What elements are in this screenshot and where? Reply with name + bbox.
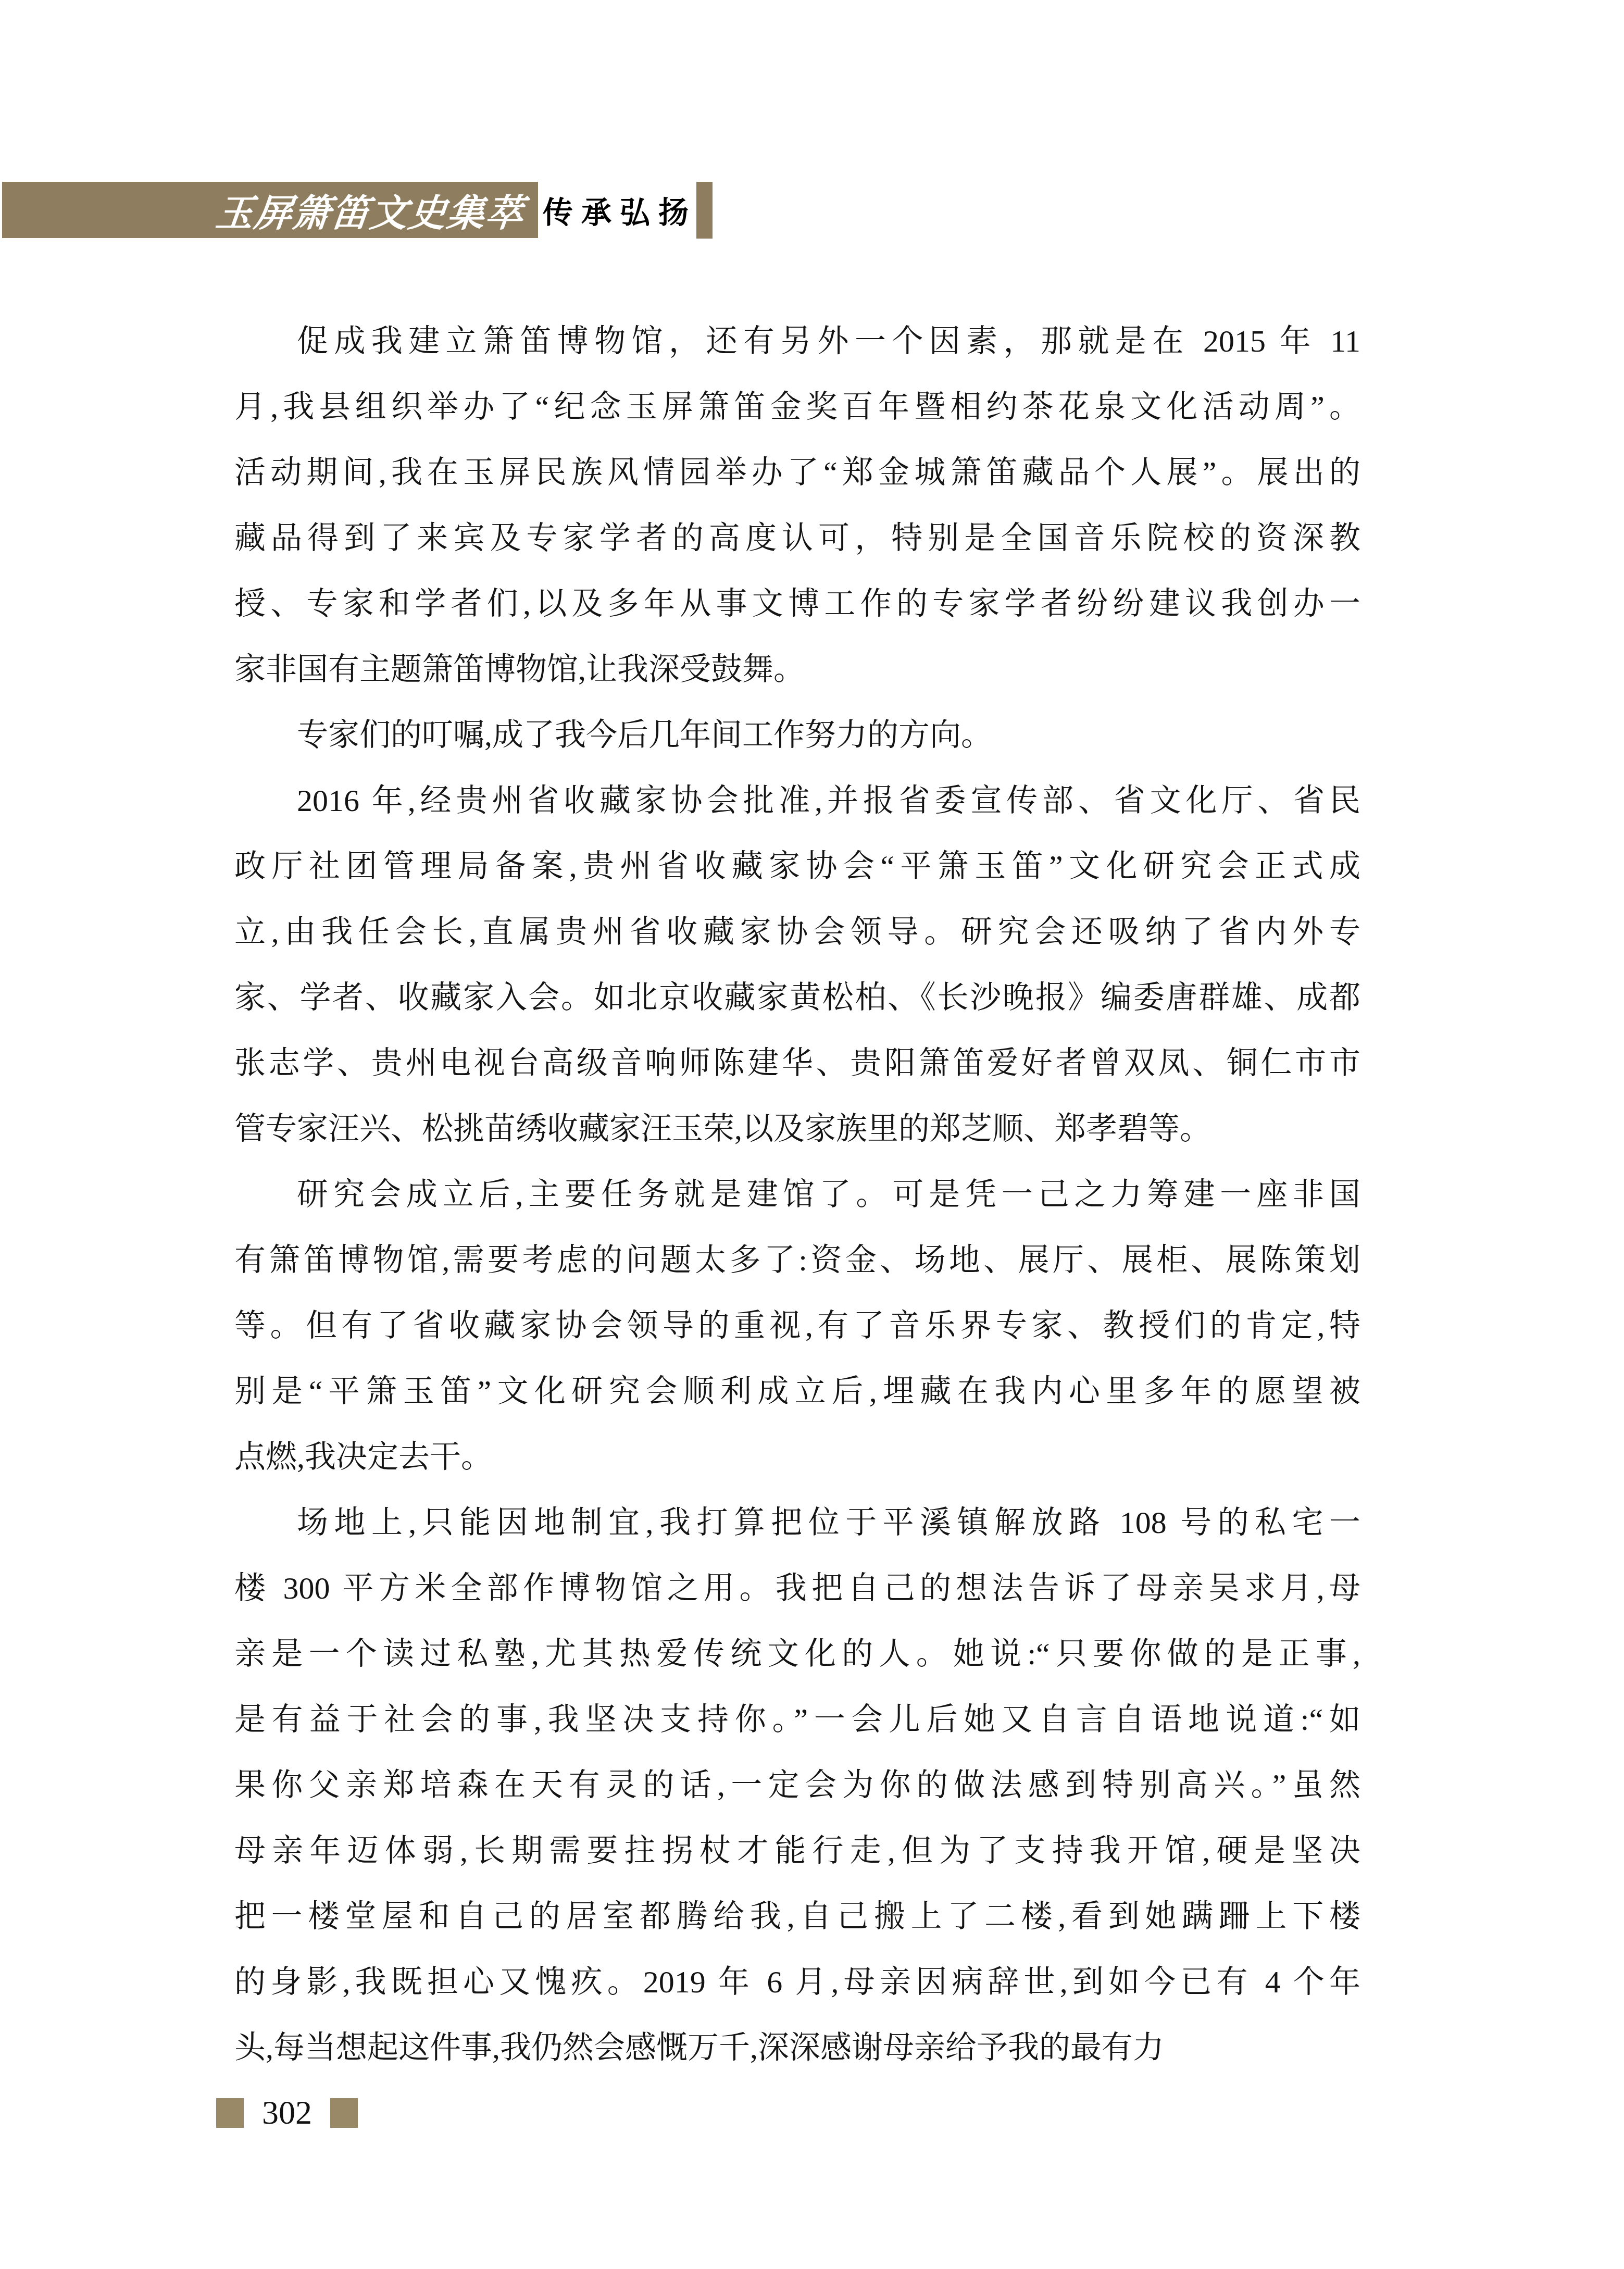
body-line: 有箫笛博物馆,需要考虑的问题太多了:资金、场地、展厅、展柜、展陈策划	[234, 1227, 1360, 1293]
body-line: 立,由我任会长,直属贵州省收藏家协会领导。研究会还吸纳了省内外专	[234, 899, 1360, 965]
body-line: 月,我县组织举办了“纪念玉屏箫笛金奖百年暨相约茶花泉文化活动周”。	[234, 374, 1360, 440]
body-line: 2016 年,经贵州省收藏家协会批准,并报省委宣传部、省文化厅、省民	[234, 768, 1360, 833]
body-line: 等。但有了省收藏家协会领导的重视,有了音乐界专家、教授们的肯定,特	[234, 1293, 1360, 1358]
body-line: 张志学、贵州电视台高级音响师陈建华、贵阳箫笛爱好者曾双凤、铜仁市市	[234, 1030, 1360, 1096]
footer-right-square	[330, 2098, 358, 2128]
book-page: 玉屏箫笛文史集萃 传承弘扬 促成我建立箫笛博物馆，还有另外一个因素，那就是在 2…	[0, 0, 1624, 2269]
body-line: 亲是一个读过私塾,尤其热爱传统文化的人。她说:“只要你做的是正事,	[234, 1621, 1360, 1687]
footer-left-square	[216, 2098, 244, 2128]
body-line: 头,每当想起这件事,我仍然会感慨万千,深深感谢母亲给予我的最有力	[234, 2015, 1360, 2080]
body-line: 别是“平箫玉笛”文化研究会顺利成立后,埋藏在我内心里多年的愿望被	[234, 1358, 1360, 1424]
masthead-band: 玉屏箫笛文史集萃	[2, 182, 538, 238]
body-line: 政厅社团管理局备案,贵州省收藏家协会“平箫玉笛”文化研究会正式成	[234, 833, 1360, 899]
body-line: 楼 300 平方米全部作博物馆之用。我把自己的想法告诉了母亲吴求月,母	[234, 1555, 1360, 1621]
body-line: 家非国有主题箫笛博物馆,让我深受鼓舞。	[234, 637, 1360, 702]
body-line: 的身影,我既担心又愧疚。2019 年 6 月,母亲因病辞世,到如今已有 4 个年	[234, 1949, 1360, 2015]
body-line: 研究会成立后,主要任务就是建馆了。可是凭一己之力筹建一座非国	[234, 1162, 1360, 1227]
body-line: 点燃,我决定去干。	[234, 1424, 1360, 1490]
body-line: 母亲年迈体弱,长期需要拄拐杖才能行走,但为了支持我开馆,硬是坚决	[234, 1818, 1360, 1884]
page-number: 302	[262, 2096, 312, 2129]
masthead-accent-block	[696, 182, 713, 239]
page-footer: 302	[216, 2096, 358, 2129]
body-line: 是有益于社会的事,我坚决支持你。”一会儿后她又自言自语地说道:“如	[234, 1687, 1360, 1752]
body-line: 管专家汪兴、松挑苗绣收藏家汪玉荣,以及家族里的郑芝顺、郑孝碧等。	[234, 1096, 1360, 1162]
body-line: 藏品得到了来宾及专家学者的高度认可，特别是全国音乐院校的资深教	[234, 505, 1360, 571]
masthead-calligraphy: 玉屏箫笛文史集萃	[214, 183, 528, 237]
body-line: 把一楼堂屋和自己的居室都腾给我,自己搬上了二楼,看到她蹒跚上下楼	[234, 1884, 1360, 1949]
body-line: 场地上,只能因地制宜,我打算把位于平溪镇解放路 108 号的私宅一	[234, 1490, 1360, 1555]
body-line: 果你父亲郑培森在天有灵的话,一定会为你的做法感到特别高兴。”虽然	[234, 1752, 1360, 1818]
body-line: 家、学者、收藏家入会。如北京收藏家黄松柏、《长沙晚报》编委唐群雄、成都	[234, 965, 1360, 1030]
body-line: 促成我建立箫笛博物馆，还有另外一个因素，那就是在 2015 年 11	[234, 308, 1360, 374]
body-line: 专家们的叮嘱,成了我今后几年间工作努力的方向。	[234, 702, 1360, 768]
masthead-section-title: 传承弘扬	[543, 182, 697, 238]
body-line: 活动期间,我在玉屏民族风情园举办了“郑金城箫笛藏品个人展”。展出的	[234, 440, 1360, 505]
body-line: 授、专家和学者们,以及多年从事文博工作的专家学者纷纷建议我创办一	[234, 571, 1360, 637]
body-text: 促成我建立箫笛博物馆，还有另外一个因素，那就是在 2015 年 11月,我县组织…	[234, 308, 1360, 2080]
